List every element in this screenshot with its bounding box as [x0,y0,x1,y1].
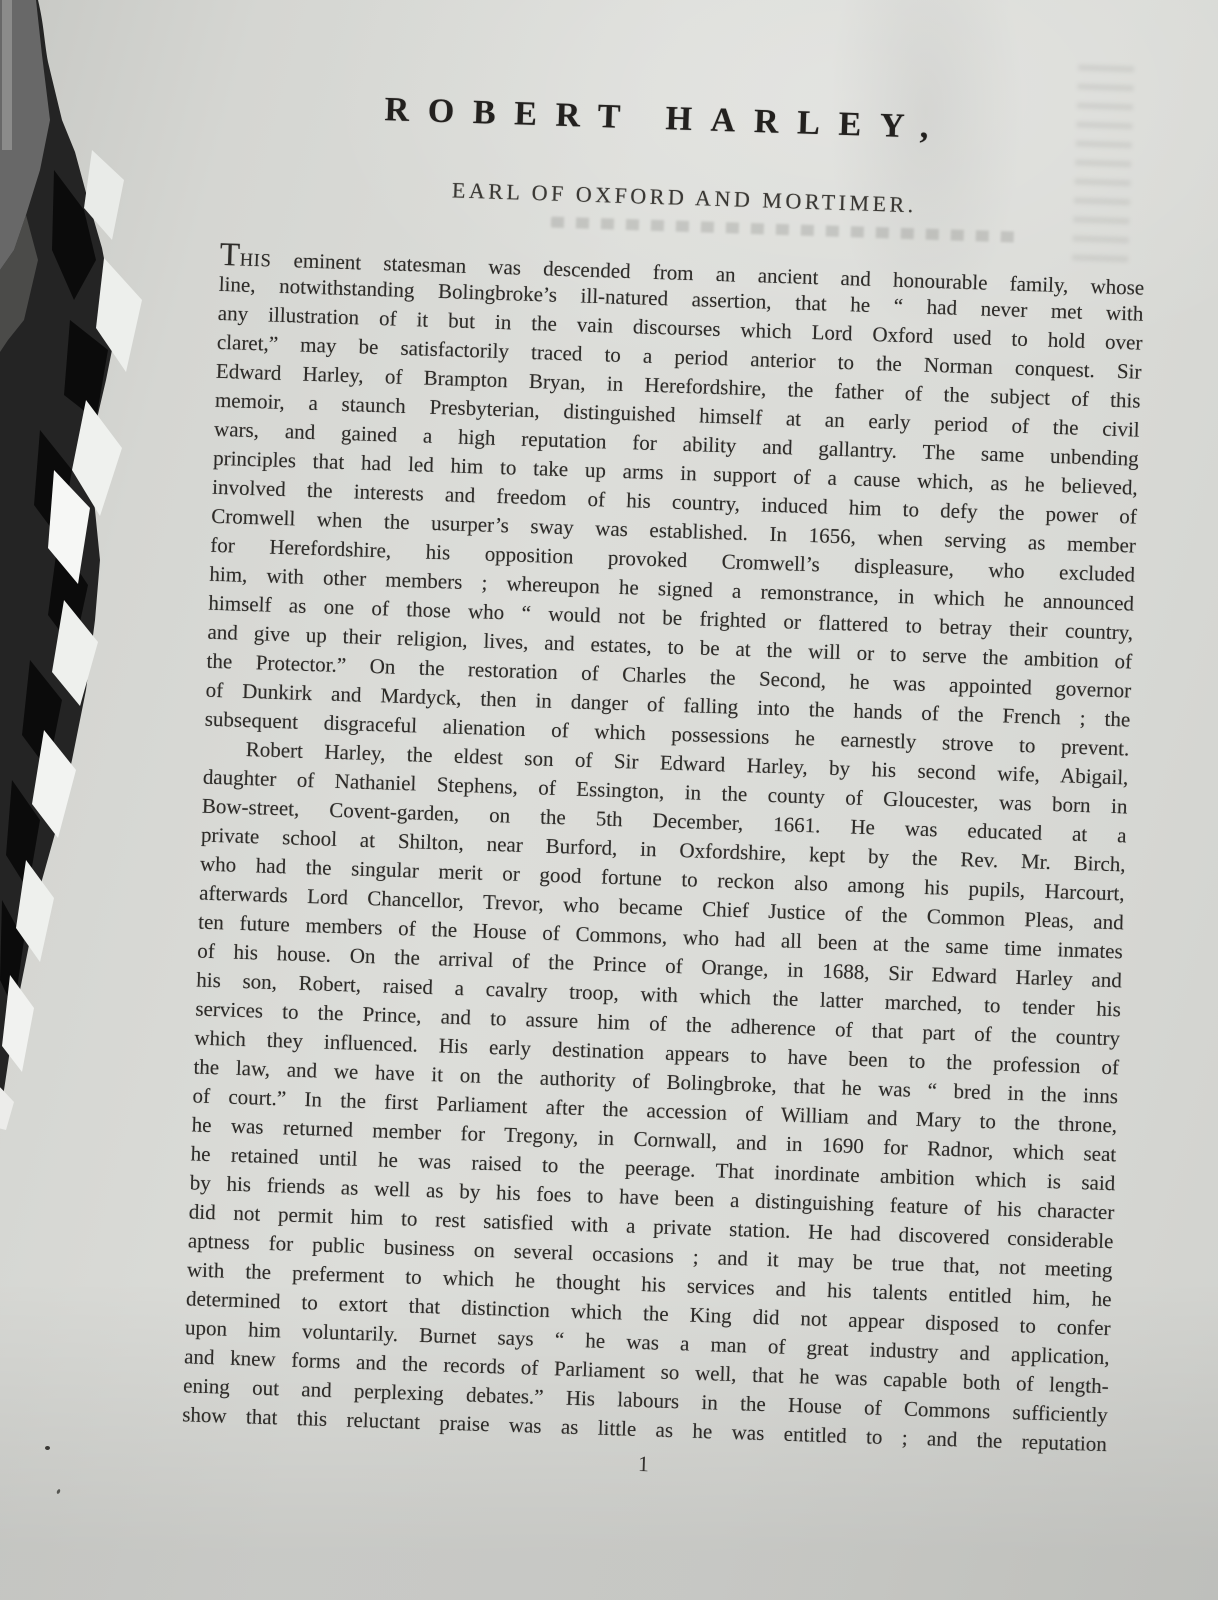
page-subtitle: EARL OF OXFORD AND MORTIMER. [222,170,1147,226]
drop-cap: T [219,237,240,274]
body-paragraph: Robert Harley, the eldest son of Sir Edw… [182,734,1129,1459]
paper-speck [45,1446,50,1450]
book-page-photo: ROBERT HARLEY, EARL OF OXFORD AND MORTIM… [0,0,1218,1600]
printed-page-content: ROBERT HARLEY, EARL OF OXFORD AND MORTIM… [181,0,1153,1492]
body-text: THIS eminent statesman was descended fro… [182,241,1145,1459]
small-caps: HIS [239,251,271,272]
bleed-through-text [551,217,1021,243]
body-paragraph: THIS eminent statesman was descended fro… [204,241,1144,764]
paragraph-lines: Robert Harley, the eldest son of Sir Edw… [182,734,1129,1459]
paragraph-lines: line, notwithstanding Bolingbroke’s ill-… [204,270,1143,764]
paper-speck [56,1489,61,1495]
page-title: ROBERT HARLEY, [224,86,1150,154]
bleed-through-text [1072,55,1135,262]
